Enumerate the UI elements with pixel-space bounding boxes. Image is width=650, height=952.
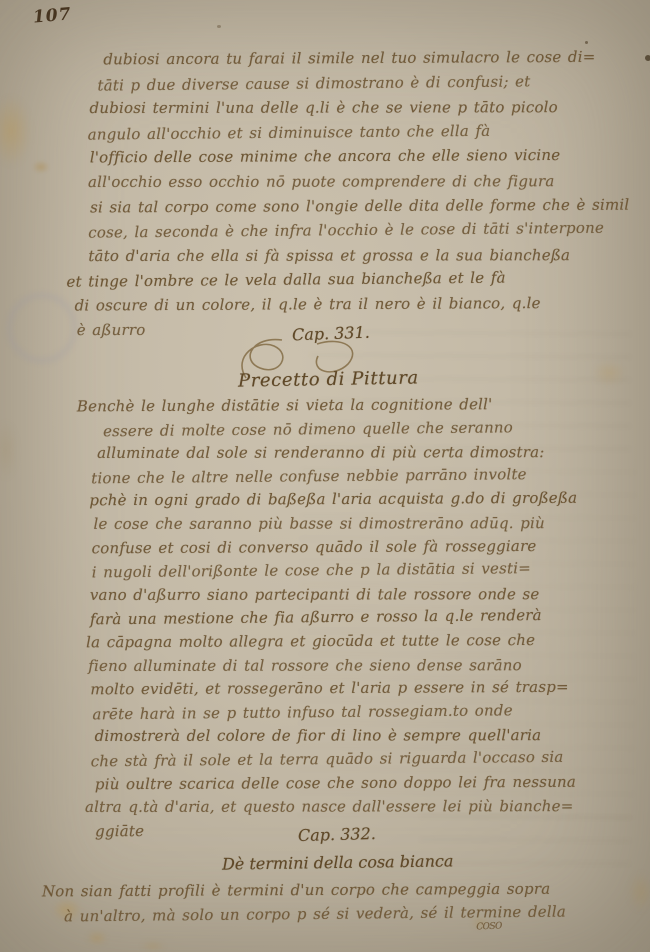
manuscript-line: pchè in ogni grado di baßeßa l'aria acqu…	[89, 487, 577, 513]
manuscript-line: di oscure di un colore, il q.le è tra il…	[75, 291, 630, 319]
manuscript-line: la cāpagna molto allegra et giocūda et t…	[86, 629, 578, 655]
manuscript-line: più oultre scarica delle cose che sono d…	[95, 770, 579, 796]
catchword-mark: coso	[476, 918, 502, 934]
manuscript-line: l'officio delle cose minime che ancora c…	[90, 143, 629, 170]
paper-stain	[628, 872, 650, 912]
manuscript-line: tāti p due diverse cause si dimostrano è…	[97, 68, 629, 98]
manuscript-line: i nugoli dell'orißonte le cose che p la …	[92, 557, 578, 585]
chapter-heading-331: Cap. 331.	[292, 323, 370, 345]
manuscript-line: molto evidēti, et rossegerāno et l'aria …	[90, 676, 578, 702]
manuscript-line: cose, la seconda è che infra l'occhio è …	[88, 216, 630, 246]
paper-stain	[592, 360, 626, 386]
watermark-ring	[6, 292, 78, 364]
manuscript-line: arēte harà in se p tutto infuso tal ross…	[92, 698, 578, 726]
section-title-precetto-di-pittura: Precetto di Pittura	[238, 367, 419, 391]
manuscript-paragraph-1: dubiosi ancora tu farai il simile nel tu…	[87, 45, 630, 343]
ink-speck	[585, 41, 588, 44]
manuscript-line: le cose che saranno più basse si dimostr…	[93, 512, 577, 536]
paper-stain	[0, 420, 18, 480]
manuscript-line: essere di molte cose nō dimeno quelle ch…	[103, 415, 577, 443]
manuscript-line: fieno alluminate di tal rossore che sien…	[88, 654, 578, 678]
section-title-de-termini-della-cosa-bianca: Dè termini della cosa bianca	[222, 851, 454, 873]
manuscript-scan-page: { "page": { "folio_number": "107", "catc…	[0, 0, 650, 952]
folio-number: 107	[32, 4, 72, 27]
manuscript-line: altra q.tà d'aria, et questo nasce dall'…	[85, 795, 579, 819]
manuscript-line: tione che le altre nelle confuse nebbie …	[91, 462, 577, 490]
manuscript-line: dubiosi ancora tu farai il simile nel tu…	[103, 45, 628, 72]
paper-stain	[32, 160, 50, 174]
paper-stain	[86, 930, 108, 946]
manuscript-line: farà una mestione che fia aßurro e rosso…	[90, 604, 578, 632]
manuscript-line: all'occhio esso occhio nō puote comprend…	[88, 169, 629, 195]
manuscript-paragraph-2: Benchè le lunghe distātie si vieta la co…	[85, 393, 579, 844]
manuscript-line: dimostrerà del colore de fior di lino è …	[95, 724, 579, 748]
manuscript-line: alluminate dal sole si renderanno di più…	[97, 441, 577, 465]
manuscript-line: Benchè le lunghe distātie si vieta la co…	[77, 393, 577, 419]
manuscript-line: dubiosi termini l'una delle q.li è che s…	[90, 95, 629, 121]
chapter-heading-332: Cap. 332.	[298, 824, 376, 845]
paper-stain	[0, 95, 32, 167]
ink-speck	[645, 55, 650, 61]
paper-stain	[140, 940, 166, 952]
manuscript-line: che stà frà il sole et la terra quādo si…	[91, 746, 579, 774]
ink-speck	[217, 25, 221, 28]
